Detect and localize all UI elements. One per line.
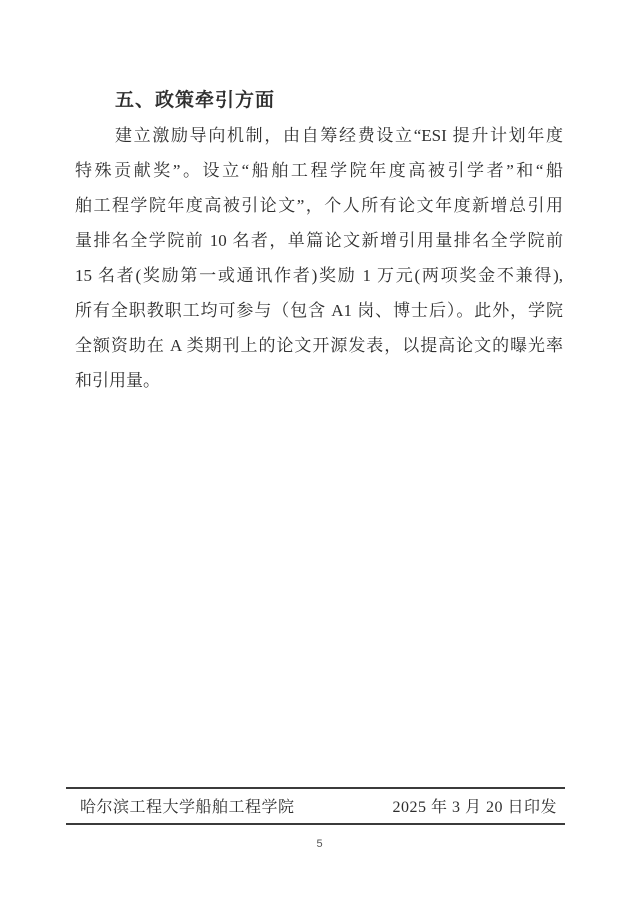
paragraph-line: 所有全职教职工均可参与（包含 A1 岗、博士后）。此外，学院	[75, 293, 563, 328]
paragraph-line: 特殊贡献奖”。设立“船舶工程学院年度高被引学者”和“船	[75, 153, 563, 188]
section-heading: 五、政策牵引方面	[75, 83, 563, 118]
page-number: 5	[0, 838, 639, 850]
footer-divider-bottom	[66, 823, 565, 825]
paragraph-line: 舶工程学院年度高被引论文”，个人所有论文年度新增总引用	[75, 188, 563, 223]
body-paragraph: 建立激励导向机制，由自筹经费设立“ESI 提升计划年度 特殊贡献奖”。设立“船舶…	[75, 118, 563, 398]
paragraph-line: 15 名者(奖励第一或通讯作者)奖励 1 万元(两项奖金不兼得),	[75, 258, 563, 293]
footer: 哈尔滨工程大学船舶工程学院 2025 年 3 月 20 日印发	[66, 789, 565, 823]
document-page: 五、政策牵引方面 建立激励导向机制，由自筹经费设立“ESI 提升计划年度 特殊贡…	[0, 0, 639, 904]
paragraph-line: 全额资助在 A 类期刊上的论文开源发表，以提高论文的曝光率	[75, 328, 563, 363]
paragraph-line: 量排名全学院前 10 名者，单篇论文新增引用量排名全学院前	[75, 223, 563, 258]
footer-print-date: 2025 年 3 月 20 日印发	[392, 794, 557, 817]
paragraph-line: 建立激励导向机制，由自筹经费设立“ESI 提升计划年度	[75, 118, 563, 153]
paragraph-line: 和引用量。	[75, 363, 563, 398]
document-body: 五、政策牵引方面 建立激励导向机制，由自筹经费设立“ESI 提升计划年度 特殊贡…	[75, 83, 563, 398]
footer-issuer: 哈尔滨工程大学船舶工程学院	[80, 794, 295, 817]
